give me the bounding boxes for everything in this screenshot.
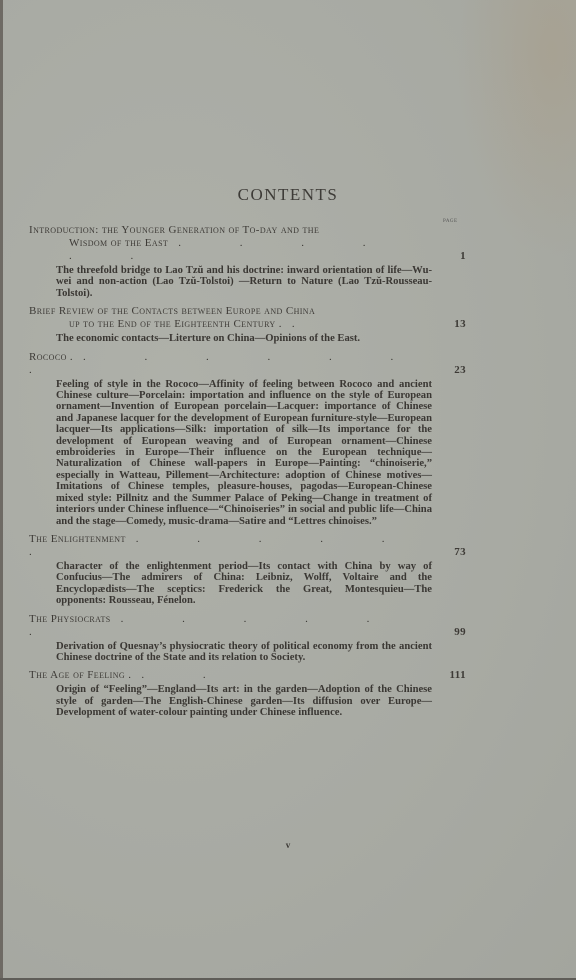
toc-page-number: 1 bbox=[460, 250, 466, 263]
toc-heading-line1: The Physiocrats bbox=[29, 613, 111, 625]
toc-entry-brief-review: Brief Review of the Contacts between Eur… bbox=[29, 305, 466, 344]
toc-page-number: 13 bbox=[454, 318, 466, 331]
toc-heading-line1: Introduction: the Younger Generation of … bbox=[29, 224, 319, 236]
toc-heading-line1: Rococo . bbox=[29, 351, 73, 363]
leader-dots: . bbox=[292, 318, 323, 330]
toc-heading: The Physiocrats. . . . . . 99 bbox=[29, 613, 466, 639]
toc-heading-line1: The Age of Feeling . bbox=[29, 669, 131, 681]
toc-entry-rococo: Rococo .. . . . . . . 23 Feeling of styl… bbox=[29, 351, 466, 527]
toc-page-number: 73 bbox=[454, 546, 466, 559]
toc-description: The economic contacts—Literture on China… bbox=[56, 333, 432, 344]
toc-description: The threefold bridge to Lao Tzŭ and his … bbox=[56, 265, 432, 299]
toc-heading: Rococo .. . . . . . . 23 bbox=[29, 351, 466, 377]
toc-heading: Introduction: the Younger Generation of … bbox=[29, 224, 466, 263]
toc-heading-line1: Brief Review of the Contacts between Eur… bbox=[29, 305, 315, 317]
leader-dots: . . . . . . . bbox=[29, 351, 421, 376]
toc-entry-physiocrats: The Physiocrats. . . . . . 99 Derivation… bbox=[29, 613, 466, 664]
toc-entry-introduction: Introduction: the Younger Generation of … bbox=[29, 224, 466, 299]
page-folio: v bbox=[0, 840, 576, 850]
leader-dots: . . bbox=[141, 669, 233, 681]
toc-description: Derivation of Quesnay’s physiocratic the… bbox=[56, 641, 432, 664]
toc-heading: Brief Review of the Contacts between Eur… bbox=[29, 305, 466, 331]
toc-heading-line2: up to the End of the Eighteenth Century … bbox=[69, 318, 282, 330]
toc-heading-line1: The Enlightenment bbox=[29, 533, 126, 545]
toc-entry-enlightenment: The Enlightenment. . . . . . 73 Characte… bbox=[29, 533, 466, 607]
book-page: CONTENTS PAGE Introduction: the Younger … bbox=[0, 0, 576, 980]
toc-heading: The Enlightenment. . . . . . 73 bbox=[29, 533, 466, 559]
toc-description: Feeling of style in the Rococo—Affinity … bbox=[56, 379, 432, 527]
toc-page-number: 111 bbox=[450, 669, 467, 682]
paper-stain bbox=[456, 0, 576, 260]
page-title: CONTENTS bbox=[0, 185, 576, 205]
toc-description: Origin of “Feeling”—England—Its art: in … bbox=[56, 684, 432, 718]
toc-heading-line2: Wisdom of the East bbox=[69, 237, 168, 249]
toc-description: Character of the enlightenment period—It… bbox=[56, 561, 432, 607]
toc-entry-age-of-feeling: The Age of Feeling .. . 111 Origin of “F… bbox=[29, 669, 466, 718]
table-of-contents: Introduction: the Younger Generation of … bbox=[29, 224, 466, 725]
toc-page-number: 99 bbox=[454, 626, 466, 639]
toc-heading: The Age of Feeling .. . 111 bbox=[29, 669, 466, 682]
toc-page-number: 23 bbox=[454, 364, 466, 377]
